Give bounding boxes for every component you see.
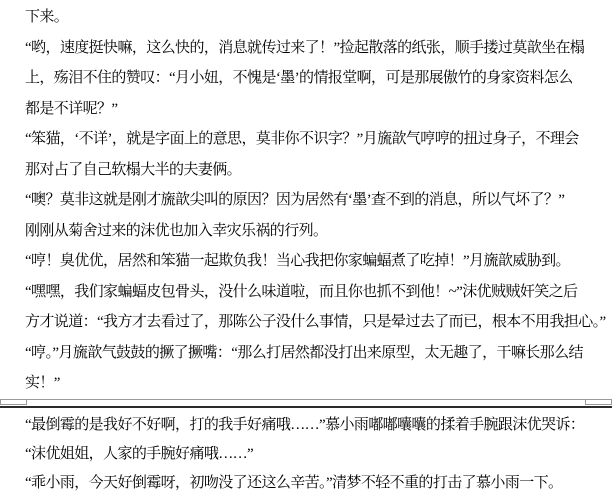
page-2-text-area[interactable]: “最倒霉的是我好不好啊，打的我手好痛哦……”慕小雨嘟嘟囔囔的揉着手腕跟沫优哭诉：… [0,408,612,498]
page-bottom-edge-line [27,399,585,400]
page-1-text-area[interactable]: 下来。 “哟，速度挺快嘛，这么快的，消息就传过来了！”捡起散落的纸张，顺手搂过莫… [0,0,612,399]
text-line: 都是不详呢？” [25,94,612,125]
page-boundary[interactable] [0,399,612,408]
text-line: “哼！臭优优，居然和笨猫一起欺负我！当心我把你家蝙蝠煮了吃掉！”月旒歆威胁到。 [25,246,612,277]
text-line: 下来。 [25,2,612,33]
text-line: 实！” [25,368,612,399]
text-line: “哼。”月旒歆气鼓鼓的撅了撅嘴：“那么打居然都没打出来原型，太无趣了，干嘛长那么… [25,338,612,369]
document-view: 下来。 “哟，速度挺快嘛，这么快的，消息就传过来了！”捡起散落的纸张，顺手搂过莫… [0,0,612,501]
text-line: “嘿嘿，我们家蝙蝠皮包骨头，没什么味道啦，而且你也抓不到他！~”沫优贼贼奸笑之后 [25,277,612,308]
text-line: “笨猫，‘不详’，就是字面上的意思，莫非你不识字？”月旒歆气哼哼的扭过身子，不理… [25,124,612,155]
page-boundary-left-notch [0,399,27,405]
text-line: “乖小雨，今天好倒霉呀，初吻没了还这么辛苦。”清梦不轻不重的打击了慕小雨一下。 [25,469,612,498]
text-line: 上，殇泪不住的赞叹：“月小妞，不愧是‘墨’的情报堂啊，可是那展傲竹的身家资料怎么 [25,63,612,94]
text-line: 方才说道：“我方才去看过了，那陈公子没什么事情，只是晕过去了而已，根本不用我担心… [25,307,612,338]
page-top-edge-line [0,406,612,408]
text-line: “哟，速度挺快嘛，这么快的，消息就传过来了！”捡起散落的纸张，顺手搂过莫歆坐在榻 [25,33,612,64]
text-line: “噢？莫非这就是刚才旒歆尖叫的原因？因为居然有‘墨’查不到的消息，所以气坏了？” [25,185,612,216]
page-boundary-right-notch [585,399,612,405]
text-line: 那对占了自己软榻大半的夫妻俩。 [25,155,612,186]
text-line: 刚刚从菊舍过来的沫优也加入幸灾乐祸的行列。 [25,216,612,247]
text-line: “最倒霉的是我好不好啊，打的我手好痛哦……”慕小雨嘟嘟囔囔的揉着手腕跟沫优哭诉： [25,411,612,440]
text-line: “沫优姐姐，人家的手腕好痛哦……” [25,440,612,469]
